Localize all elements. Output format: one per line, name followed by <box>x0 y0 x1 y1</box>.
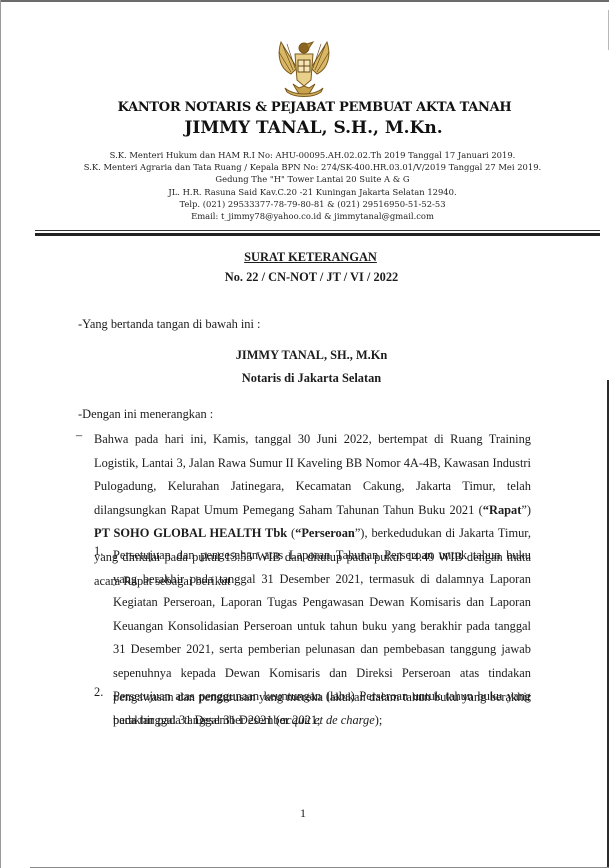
company-name: PT SOHO GLOBAL HEALTH Tbk <box>94 526 287 540</box>
phone-numbers: Telp. (021) 29533377-78-79-80-81 & (021)… <box>16 198 609 210</box>
undersigned-intro: -Yang bertanda tangan di bawah ini : <box>78 317 261 332</box>
agenda-number: 2. <box>94 685 103 700</box>
email-addresses: Email: t_jimmy78@yahoo.co.id & jimmytana… <box>16 210 609 222</box>
notary-name: JIMMY TANAL, S.H., M.Kn. <box>18 118 609 138</box>
dash-bullet: – <box>76 428 82 443</box>
office-name: KANTOR NOTARIS & PEJABAT PEMBUAT AKTA TA… <box>20 100 609 115</box>
letterhead: KANTOR NOTARIS & PEJABAT PEMBUAT AKTA TA… <box>0 100 609 222</box>
signer-name: JIMMY TANAL, SH., M.Kn <box>0 348 609 363</box>
garuda-emblem-icon <box>273 34 335 100</box>
signer-title: Notaris di Jakarta Selatan <box>0 371 609 386</box>
agenda-item: 2. Persetujuan atas penggunaan keuntunga… <box>113 685 531 732</box>
document-title: SURAT KETERANGAN <box>0 250 609 265</box>
building-address: Gedung The "H" Tower Lantai 20 Suite A &… <box>16 173 609 185</box>
statement-intro: -Dengan ini menerangkan : <box>78 407 213 422</box>
letterhead-details: S.K. Menteri Hukum dan HAM R.I No: AHU-0… <box>16 149 609 222</box>
term-perseroan: “Perseroan <box>295 526 355 540</box>
header-rule-thin <box>35 230 600 231</box>
scan-border-top <box>0 0 609 2</box>
street-address: JL. H.R. Rasuna Said Kav.C.20 -21 Kuning… <box>16 186 609 198</box>
decree-bpn: S.K. Menteri Agraria dan Tata Ruang / Ke… <box>16 161 609 173</box>
agenda-number: 1. <box>94 544 103 559</box>
document-number: No. 22 / CN-NOT / JT / VI / 2022 <box>0 270 609 285</box>
header-rule-thick <box>35 233 600 236</box>
term-rapat: “Rapat <box>483 503 522 517</box>
agenda-text: Persetujuan atas penggunaan keuntungan (… <box>113 685 531 732</box>
decree-ham: S.K. Menteri Hukum dan HAM R.I No: AHU-0… <box>16 149 609 161</box>
page-number: 1 <box>300 806 306 821</box>
